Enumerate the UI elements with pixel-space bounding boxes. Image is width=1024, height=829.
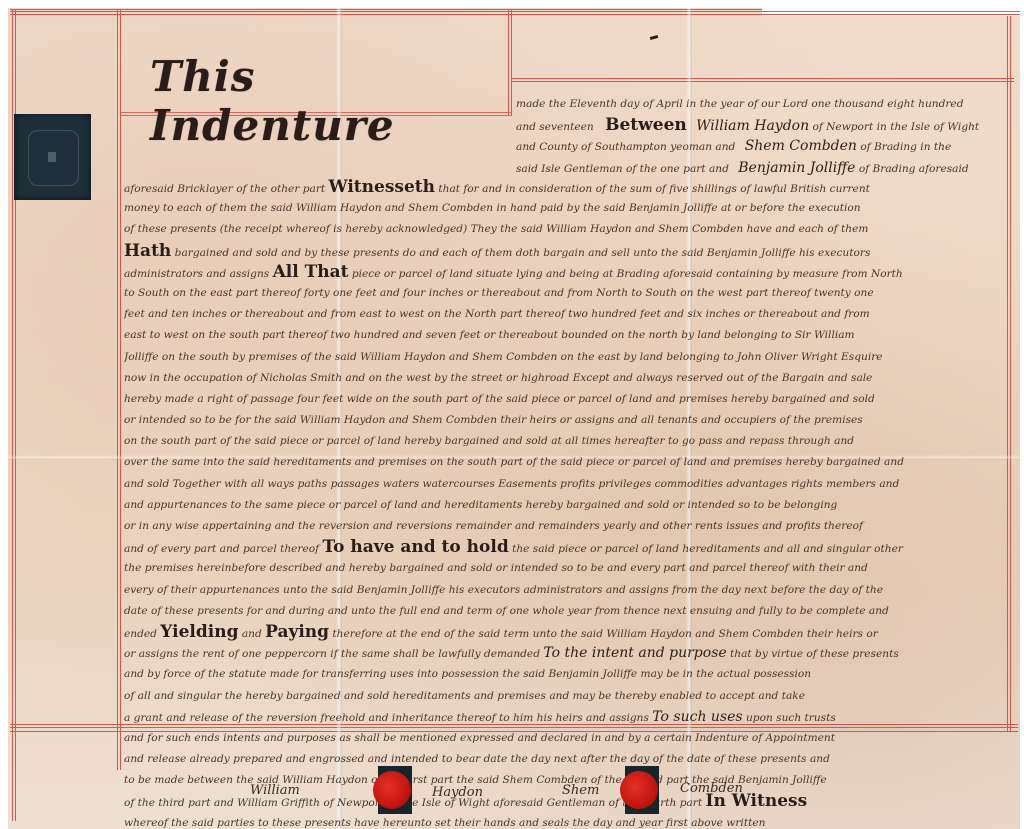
line-text: aforesaid Bricklayer of the other part bbox=[124, 183, 329, 195]
signature-last-name: Haydon bbox=[432, 785, 483, 800]
line-text: east to west on the south part thereof t… bbox=[124, 329, 855, 341]
line-text: and appurtenances to the same piece or p… bbox=[124, 499, 837, 511]
line-text: or in any wise appertaining and the reve… bbox=[124, 520, 863, 532]
signature-first-name: Shem bbox=[562, 783, 599, 798]
deed-line: or assigns the rent of one peppercorn if… bbox=[124, 643, 1006, 664]
line-text: and by force of the statute made for tra… bbox=[124, 668, 811, 680]
line-text: of the third part and William Griffith o… bbox=[124, 797, 706, 809]
header-line: made the Eleventh day of April in the ye… bbox=[516, 94, 1008, 115]
deed-line: a grant and release of the reversion fre… bbox=[124, 707, 1006, 728]
stamp-emboss-mark bbox=[48, 152, 56, 162]
deed-line: now in the occupation of Nicholas Smith … bbox=[124, 368, 1006, 389]
line-text: over the same into the said hereditament… bbox=[124, 456, 904, 468]
line-text: date of these presents for and during an… bbox=[124, 605, 889, 617]
deed-line: and for such ends intents and purposes a… bbox=[124, 728, 1006, 749]
deed-line: ended Yielding and Paying therefore at t… bbox=[124, 622, 1006, 643]
deed-line: date of these presents for and during an… bbox=[124, 601, 1006, 622]
line-text: to South on the east part thereof forty … bbox=[124, 287, 874, 299]
signature-last-name: Combden bbox=[680, 781, 743, 796]
deed-body: aforesaid Bricklayer of the other part W… bbox=[124, 177, 1006, 829]
deed-line: and sold Together with all ways paths pa… bbox=[124, 474, 1006, 495]
deed-line: on the south part of the said piece or p… bbox=[124, 431, 1006, 452]
deed-line: Hath bargained and sold and by these pre… bbox=[124, 241, 1006, 262]
emphasis-text: To such uses bbox=[652, 709, 742, 725]
line-text: on the south part of the said piece or p… bbox=[124, 435, 854, 447]
deed-line: or intended so to be for the said Willia… bbox=[124, 410, 1006, 431]
duty-stamp bbox=[14, 114, 91, 200]
signature-first-name: William bbox=[250, 783, 300, 798]
line-text: whereof the said parties to these presen… bbox=[124, 817, 765, 829]
deed-line: and of every part and parcel thereof To … bbox=[124, 537, 1006, 558]
keyword-text: Yielding bbox=[160, 622, 238, 642]
line-text: of all and singular the hereby bargained… bbox=[124, 690, 805, 702]
line-text: of these presents (the receipt whereof i… bbox=[124, 223, 868, 235]
party-name: Benjamin Jolliffe bbox=[738, 160, 855, 176]
deed-line: feet and ten inches or thereabout and fr… bbox=[124, 304, 1006, 325]
emphasis-text: To the intent and purpose bbox=[543, 645, 726, 661]
line-text: administrators and assigns bbox=[124, 268, 273, 280]
line-text: piece or parcel of land situate lying an… bbox=[349, 268, 903, 280]
line-text: feet and ten inches or thereabout and fr… bbox=[124, 308, 870, 320]
line-text: and release already prepared and engross… bbox=[124, 753, 830, 765]
seal-backing bbox=[378, 766, 412, 814]
deed-line: over the same into the said hereditament… bbox=[124, 452, 1006, 473]
wax-seal bbox=[620, 771, 658, 809]
line-text: and sold Together with all ways paths pa… bbox=[124, 478, 899, 490]
line-text: the premises hereinbefore described and … bbox=[124, 562, 868, 574]
header-block: made the Eleventh day of April in the ye… bbox=[516, 94, 1008, 179]
header-line: said Isle Gentleman of the one part and … bbox=[516, 158, 1008, 179]
deed-line: Jolliffe on the south by premises of the… bbox=[124, 347, 1006, 368]
line-text: Jolliffe on the south by premises of the… bbox=[124, 351, 883, 363]
keyword-text: Paying bbox=[265, 622, 329, 642]
line-text: ended bbox=[124, 628, 160, 640]
deed-line: and release already prepared and engross… bbox=[124, 749, 1006, 770]
keyword-text: All That bbox=[273, 262, 349, 282]
seal-backing bbox=[625, 766, 659, 814]
header-line: and seventeen Between William Haydon of … bbox=[516, 115, 1008, 136]
line-text: or assigns the rent of one peppercorn if… bbox=[124, 648, 543, 660]
document-heading: This Indenture bbox=[150, 52, 510, 150]
deed-line: whereof the said parties to these presen… bbox=[124, 813, 1006, 829]
line-text: and bbox=[238, 628, 265, 640]
deed-line: east to west on the south part thereof t… bbox=[124, 325, 1006, 346]
line-text: and for such ends intents and purposes a… bbox=[124, 732, 835, 744]
deed-line: of all and singular the hereby bargained… bbox=[124, 686, 1006, 707]
keyword-text: Witnesseth bbox=[329, 177, 435, 197]
line-text: or intended so to be for the said Willia… bbox=[124, 414, 863, 426]
deed-line: aforesaid Bricklayer of the other part W… bbox=[124, 177, 1006, 198]
line-text: every of their appurtenances unto the sa… bbox=[124, 584, 883, 596]
line-text: now in the occupation of Nicholas Smith … bbox=[124, 372, 872, 384]
deed-line: every of their appurtenances unto the sa… bbox=[124, 580, 1006, 601]
deed-line: or in any wise appertaining and the reve… bbox=[124, 516, 1006, 537]
line-text: bargained and sold and by these presents… bbox=[171, 247, 870, 259]
line-text: upon such trusts bbox=[743, 712, 836, 724]
line-text: therefore at the end of the said term un… bbox=[329, 628, 878, 640]
keyword-text: Hath bbox=[124, 241, 171, 261]
deed-line: the premises hereinbefore described and … bbox=[124, 558, 1006, 579]
keyword-between: Between bbox=[605, 115, 687, 135]
line-text: the said piece or parcel of land heredit… bbox=[509, 543, 903, 555]
deed-line: hereby made a right of passage four feet… bbox=[124, 389, 1006, 410]
line-text: that by virtue of these presents bbox=[727, 648, 899, 660]
deed-line: administrators and assigns All That piec… bbox=[124, 262, 1006, 283]
wax-seal bbox=[373, 771, 411, 809]
deed-line: and by force of the statute made for tra… bbox=[124, 664, 1006, 685]
line-text: hereby made a right of passage four feet… bbox=[124, 393, 875, 405]
header-line: and County of Southampton yeoman and She… bbox=[516, 136, 1008, 157]
line-text: a grant and release of the reversion fre… bbox=[124, 712, 652, 724]
deed-line: money to each of them the said William H… bbox=[124, 198, 1006, 219]
line-text: and of every part and parcel thereof bbox=[124, 543, 322, 555]
deed-line: and appurtenances to the same piece or p… bbox=[124, 495, 1006, 516]
party-name: William Haydon bbox=[696, 118, 809, 134]
keyword-text: To have and to hold bbox=[322, 537, 508, 557]
deed-line: of these presents (the receipt whereof i… bbox=[124, 219, 1006, 240]
party-name: Shem Combden bbox=[745, 138, 857, 154]
line-text: that for and in consideration of the sum… bbox=[435, 183, 870, 195]
deed-line: to South on the east part thereof forty … bbox=[124, 283, 1006, 304]
line-text: money to each of them the said William H… bbox=[124, 202, 861, 214]
